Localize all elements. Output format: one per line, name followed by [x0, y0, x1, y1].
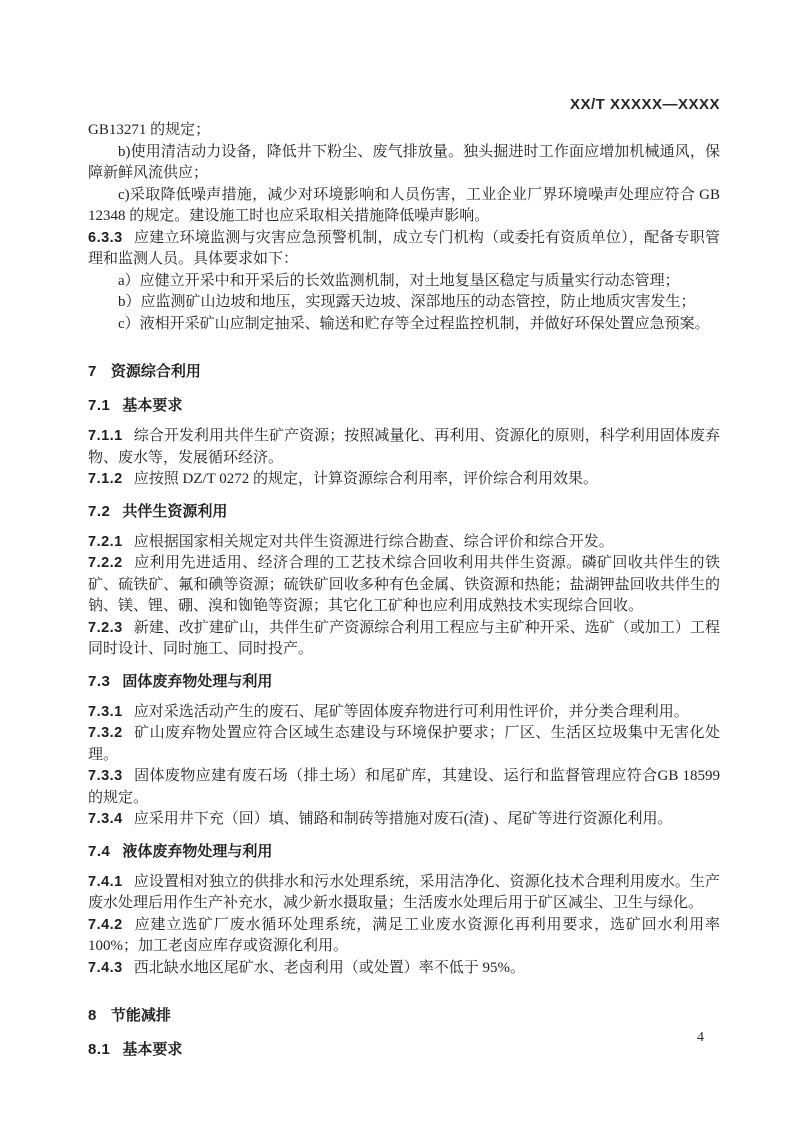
clause-number: 7.3.2: [88, 725, 123, 741]
clause-paragraph-7-3-1: 7.3.1应对采选活动产生的废石、尾矿等固体废弃物进行可利用性评价，并分类合理利…: [88, 702, 720, 724]
clause-text: 应根据国家相关规定对共伴生资源进行综合勘查、综合评价和综合开发。: [134, 534, 614, 550]
section-heading-8: 8节能减排: [88, 1005, 720, 1027]
clause-paragraph-7-4-1: 7.4.1应设置相对独立的供排水和污水处理系统，采用洁净化、资源化技术合理利用废…: [88, 872, 720, 915]
clause-number: 7.2.3: [88, 620, 123, 636]
clause-number: 7.4.2: [88, 917, 123, 933]
clause-text: 应利用先进适用、经济合理的工艺技术综合回收利用共伴生资源。磷矿回收共伴生的铁矿、…: [88, 555, 720, 614]
clause-number: 7.2.1: [88, 534, 123, 550]
subsection-number: 7.2: [88, 503, 110, 520]
document-code: XX/T XXXXX—XXXX: [570, 96, 720, 113]
subsection-number: 7.4: [88, 843, 110, 860]
clause-number: 7.1.1: [88, 428, 123, 444]
clause-number: 7.2.2: [88, 555, 123, 571]
clause-paragraph-7-3-2: 7.3.2矿山废弃物处置应符合区域生态建设与环境保护要求；厂区、生活区垃圾集中无…: [88, 723, 720, 766]
clause-text: 应建立选矿厂废水循环处理系统，满足工业废水资源化再利用要求，选矿回水利用率 10…: [88, 917, 720, 955]
subsection-title: 基本要求: [122, 1041, 182, 1058]
subsection-title: 共伴生资源利用: [122, 503, 227, 520]
clause-number: 7.3.4: [88, 811, 123, 827]
clause-number: 7.4.1: [88, 874, 123, 890]
clause-text: 应按照 DZ/T 0272 的规定，计算资源综合利用率，评价综合利用效果。: [134, 471, 598, 487]
clause-paragraph-6-3-3: 6.3.3应建立环境监测与灾害应急预警机制，成立专门机构（或委托有资质单位），配…: [88, 228, 720, 271]
section-heading-7: 7资源综合利用: [88, 361, 720, 383]
clause-paragraph-7-2-2: 7.2.2应利用先进适用、经济合理的工艺技术综合回收利用共伴生资源。磷矿回收共伴…: [88, 553, 720, 618]
section-number: 7: [88, 363, 97, 380]
section-number: 8: [88, 1007, 97, 1024]
clause-text: 应采用井下充（回）填、铺路和制砖等措施对废石(渣) 、尾矿等进行资源化利用。: [134, 811, 673, 827]
list-item-b: b)使用清洁动力设备，降低井下粉尘、废气排放量。独头掘进时工作面应增加机械通风，…: [88, 142, 720, 185]
subsection-heading-7-1: 7.1基本要求: [88, 395, 720, 417]
clause-text: 固体废物应建有废石场（排土场）和尾矿库，其建设、运行和监督管理应符合GB 185…: [88, 768, 720, 806]
subsection-heading-7-4: 7.4液体废弃物处理与利用: [88, 841, 720, 863]
clause-number: 7.4.3: [88, 960, 123, 976]
clause-number: 7.3.1: [88, 704, 123, 720]
clause-text: 应对采选活动产生的废石、尾矿等固体废弃物进行可利用性评价，并分类合理利用。: [134, 704, 689, 720]
list-item-b: b）应监测矿山边坡和地压，实现露天边坡、深部地压的动态管控，防止地质灾害发生；: [88, 292, 720, 314]
clause-number: 6.3.3: [88, 230, 123, 246]
document-body: GB13271 的规定； b)使用清洁动力设备，降低井下粉尘、废气排放量。独头掘…: [88, 120, 720, 1070]
subsection-title: 基本要求: [122, 397, 182, 414]
clause-paragraph-7-2-1: 7.2.1应根据国家相关规定对共伴生资源进行综合勘查、综合评价和综合开发。: [88, 532, 720, 554]
clause-text: 综合开发利用共伴生矿产资源；按照减量化、再利用、资源化的原则，科学利用固体废弃物…: [88, 428, 720, 466]
clause-paragraph-7-4-3: 7.4.3西北缺水地区尾矿水、老卤利用（或处置）率不低于 95%。: [88, 958, 720, 980]
clause-text: 西北缺水地区尾矿水、老卤利用（或处置）率不低于 95%。: [134, 960, 525, 976]
page-number: 4: [697, 1030, 704, 1046]
subsection-heading-8-1: 8.1基本要求: [88, 1039, 720, 1061]
paragraph-continuation: GB13271 的规定；: [88, 120, 720, 142]
list-item-c: c）液相开采矿山应制定抽采、输送和贮存等全过程监控机制，并做好环保处置应急预案。: [88, 314, 720, 336]
subsection-heading-7-3: 7.3固体废弃物处理与利用: [88, 671, 720, 693]
clause-paragraph-7-3-4: 7.3.4应采用井下充（回）填、铺路和制砖等措施对废石(渣) 、尾矿等进行资源化…: [88, 809, 720, 831]
subsection-number: 7.3: [88, 673, 110, 690]
clause-paragraph-7-3-3: 7.3.3固体废物应建有废石场（排土场）和尾矿库，其建设、运行和监督管理应符合G…: [88, 766, 720, 809]
list-item-a: a）应健立开采中和开采后的长效监测机制，对土地复垦区稳定与质量实行动态管理；: [88, 271, 720, 293]
clause-text: 矿山废弃物处置应符合区域生态建设与环境保护要求；厂区、生活区垃圾集中无害化处理。: [88, 725, 720, 763]
list-item-c: c)采取降低噪声措施，减少对环境影响和人员伤害，工业企业厂界环境噪声处理应符合 …: [88, 185, 720, 228]
clause-number: 7.1.2: [88, 471, 123, 487]
subsection-heading-7-2: 7.2共伴生资源利用: [88, 501, 720, 523]
clause-paragraph-7-1-1: 7.1.1综合开发利用共伴生矿产资源；按照减量化、再利用、资源化的原则，科学利用…: [88, 426, 720, 469]
subsection-number: 7.1: [88, 397, 110, 414]
subsection-number: 8.1: [88, 1041, 110, 1058]
subsection-title: 液体废弃物处理与利用: [122, 843, 272, 860]
clause-number: 7.3.3: [88, 768, 123, 784]
document-page: XX/T XXXXX—XXXX GB13271 的规定； b)使用清洁动力设备，…: [0, 0, 793, 1122]
section-title: 节能减排: [111, 1007, 171, 1024]
section-title: 资源综合利用: [111, 363, 201, 380]
clause-paragraph-7-2-3: 7.2.3新建、改扩建矿山，共伴生矿产资源综合利用工程应与主矿种开采、选矿（或加…: [88, 618, 720, 661]
clause-text: 应建立环境监测与灾害应急预警机制，成立专门机构（或委托有资质单位），配备专职管理…: [88, 230, 720, 268]
subsection-title: 固体废弃物处理与利用: [122, 673, 272, 690]
clause-paragraph-7-4-2: 7.4.2应建立选矿厂废水循环处理系统，满足工业废水资源化再利用要求，选矿回水利…: [88, 915, 720, 958]
clause-text: 新建、改扩建矿山，共伴生矿产资源综合利用工程应与主矿种开采、选矿（或加工）工程同…: [88, 620, 720, 658]
clause-text: 应设置相对独立的供排水和污水处理系统，采用洁净化、资源化技术合理利用废水。生产废…: [88, 874, 720, 912]
clause-paragraph-7-1-2: 7.1.2应按照 DZ/T 0272 的规定，计算资源综合利用率，评价综合利用效…: [88, 469, 720, 491]
